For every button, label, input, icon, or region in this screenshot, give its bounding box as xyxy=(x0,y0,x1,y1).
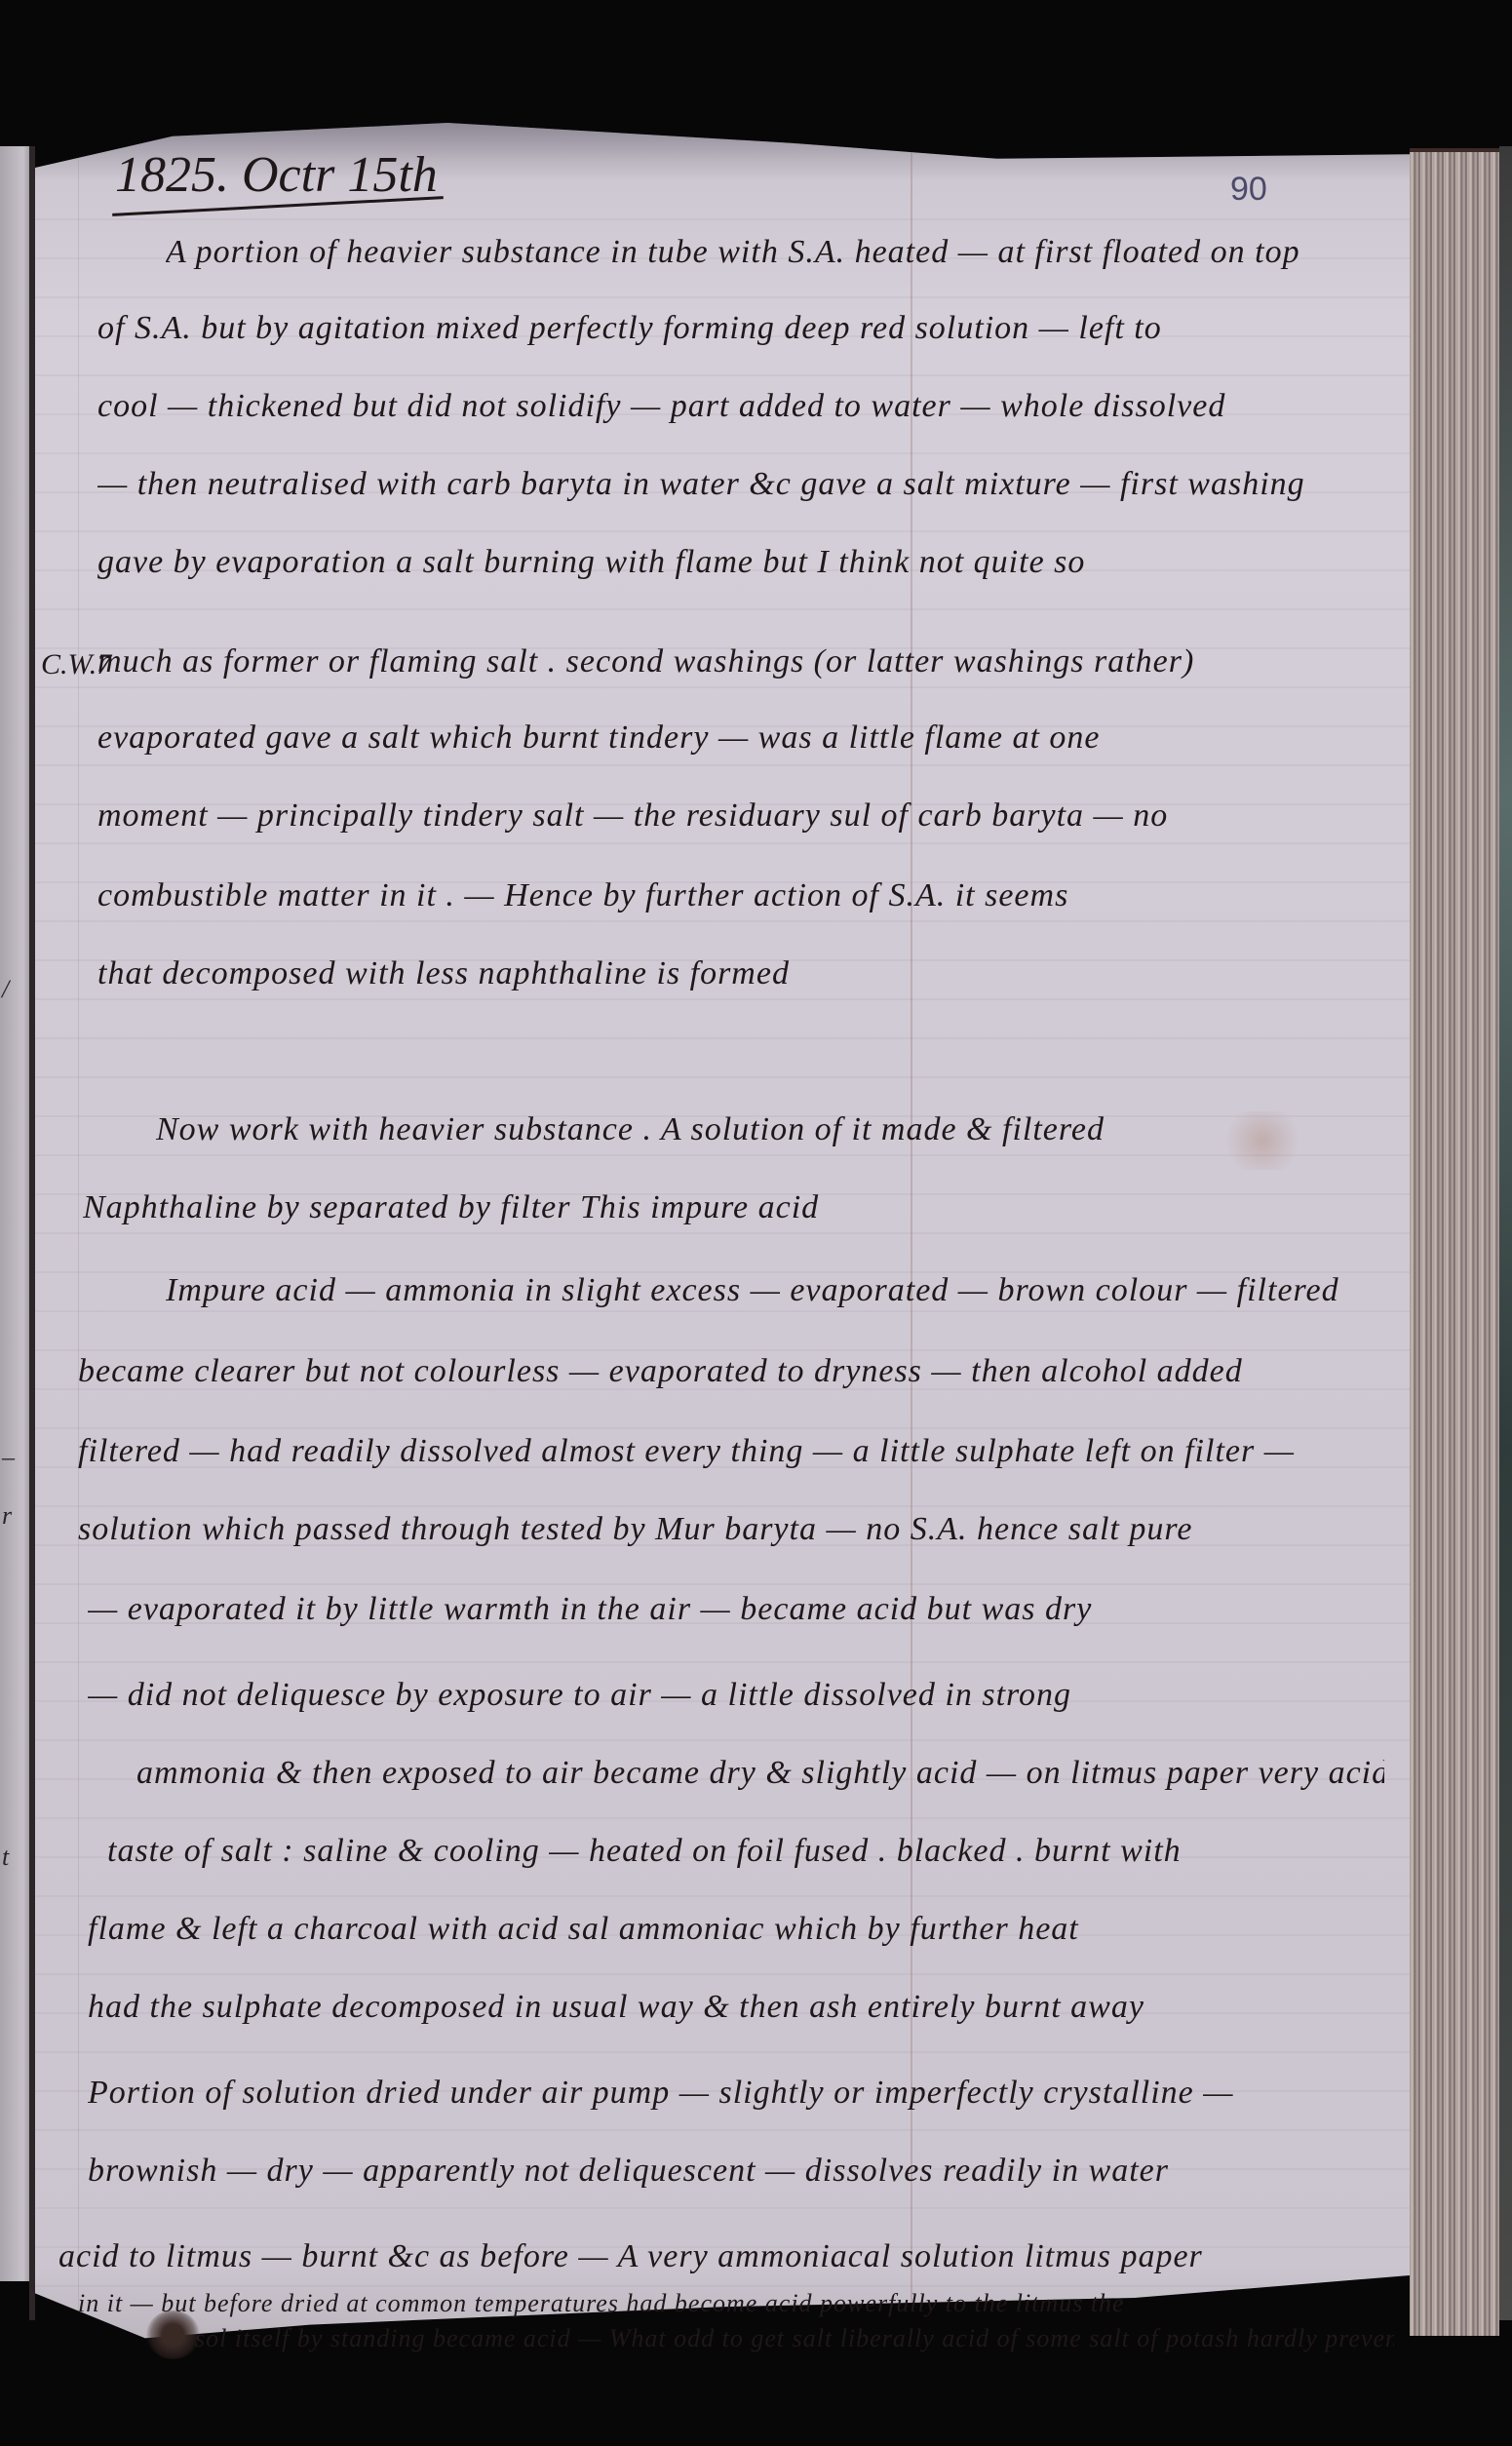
text-line: evaporated gave a salt which burnt tinde… xyxy=(97,719,1384,757)
text-line: — then neutralised with carb baryta in w… xyxy=(97,466,1384,503)
text-line: moment — principally tindery salt — the … xyxy=(97,797,1384,835)
text-line: became clearer but not colourless — evap… xyxy=(78,1353,1365,1390)
margin-rule xyxy=(78,152,79,2326)
notebook-page xyxy=(35,123,1410,2365)
book-cover-edge xyxy=(1499,146,1512,2320)
left-page-fragment: r xyxy=(2,1501,12,1531)
text-line: much as former or flaming salt . second … xyxy=(97,643,1384,680)
text-line: ammonia & then exposed to air became dry… xyxy=(136,1755,1384,1792)
text-line: flame & left a charcoal with acid sal am… xyxy=(88,1911,1375,1948)
text-line: — evaporated it by little warmth in the … xyxy=(88,1591,1375,1628)
text-line: acid to litmus — burnt &c as before — A … xyxy=(58,2238,1345,2275)
left-page-fragment: / xyxy=(2,975,9,1004)
text-line: gave by evaporation a salt burning with … xyxy=(97,544,1384,581)
text-line: had the sulphate decomposed in usual way… xyxy=(88,1989,1375,2026)
text-line: Impure acid — ammonia in slight excess —… xyxy=(166,1272,1384,1309)
text-line: brownish — dry — apparently not deliques… xyxy=(88,2153,1375,2190)
text-line: taste of salt : saline & cooling — heate… xyxy=(107,1833,1394,1870)
book-gutter xyxy=(29,146,35,2320)
text-line: Now work with heavier substance . A solu… xyxy=(156,1111,1384,1148)
text-line: Naphthaline by separated by filter This … xyxy=(83,1189,1370,1226)
date-heading: 1825. Octr 15th xyxy=(115,146,438,204)
text-line: Portion of solution dried under air pump… xyxy=(88,2075,1375,2112)
page-number: 90 xyxy=(1230,171,1267,209)
text-line: of S.A. but by agitation mixed perfectly… xyxy=(97,310,1384,347)
text-line: solution which passed through tested by … xyxy=(78,1511,1365,1548)
ink-blot xyxy=(146,2310,200,2359)
left-page-fragment: – xyxy=(2,1443,15,1472)
text-line: combustible matter in it . — Hence by fu… xyxy=(97,877,1384,914)
text-line: A portion of heavier substance in tube w… xyxy=(166,234,1384,271)
text-line: that decomposed with less naphthaline is… xyxy=(97,955,1384,992)
left-page-edge: / – r t xyxy=(0,146,33,2281)
text-line: in it — but before dried at common tempe… xyxy=(78,2289,1394,2318)
text-line: filtered — had readily dissolved almost … xyxy=(78,1433,1365,1470)
text-line: sol itself by standing became acid — Wha… xyxy=(195,2324,1394,2353)
text-line: — did not deliquesce by exposure to air … xyxy=(88,1677,1375,1714)
page-edges xyxy=(1410,148,1499,2336)
text-line: cool — thickened but did not solidify — … xyxy=(97,388,1384,425)
left-page-fragment: t xyxy=(2,1843,9,1872)
